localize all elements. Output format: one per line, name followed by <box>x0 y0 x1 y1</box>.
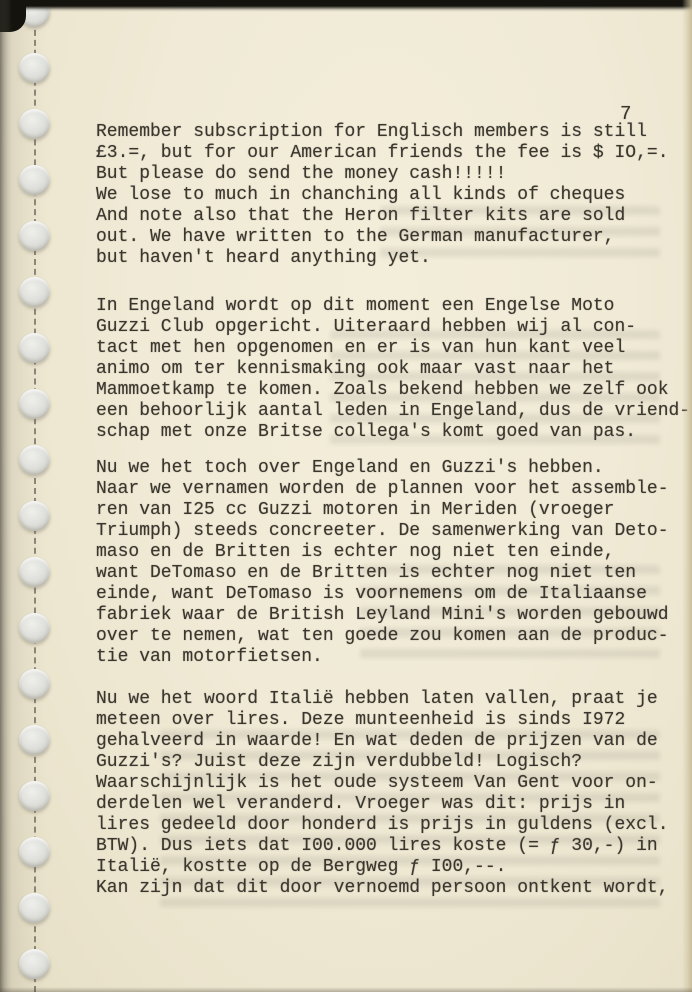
binder-hole <box>19 949 50 979</box>
binder-hole <box>19 613 50 643</box>
typewritten-paragraph-subscription: Remember subscription for Englisch membe… <box>96 122 672 269</box>
binder-hole <box>19 221 50 251</box>
scan-left-edge <box>0 0 12 992</box>
binder-hole <box>19 781 50 811</box>
binder-hole <box>19 445 50 475</box>
binder-hole <box>19 725 50 755</box>
binder-hole <box>19 557 50 587</box>
typewritten-paragraph-lires: Nu we het woord Italië hebben laten vall… <box>96 689 672 899</box>
binder-hole <box>19 333 50 363</box>
binder-hole <box>19 501 50 531</box>
binder-hole <box>19 277 50 307</box>
scan-bottom-edge <box>0 987 692 992</box>
binder-hole <box>19 109 50 139</box>
binder-hole <box>19 165 50 195</box>
binder-hole <box>19 837 50 867</box>
paper-right-edge <box>682 0 692 992</box>
binder-hole <box>19 893 50 923</box>
page-text: Remember subscription for Englisch membe… <box>96 122 672 899</box>
scan-top-edge <box>0 0 692 12</box>
typewritten-paragraph-english-club: In Engeland wordt op dit moment een Enge… <box>96 296 672 443</box>
scanned-newsletter-page: 7 Remember subscription for Englisch mem… <box>0 0 692 992</box>
binder-hole <box>19 53 50 83</box>
binder-hole <box>19 669 50 699</box>
typewritten-paragraph-meriden: Nu we het toch over Engeland en Guzzi's … <box>96 458 672 668</box>
binder-hole <box>19 389 50 419</box>
